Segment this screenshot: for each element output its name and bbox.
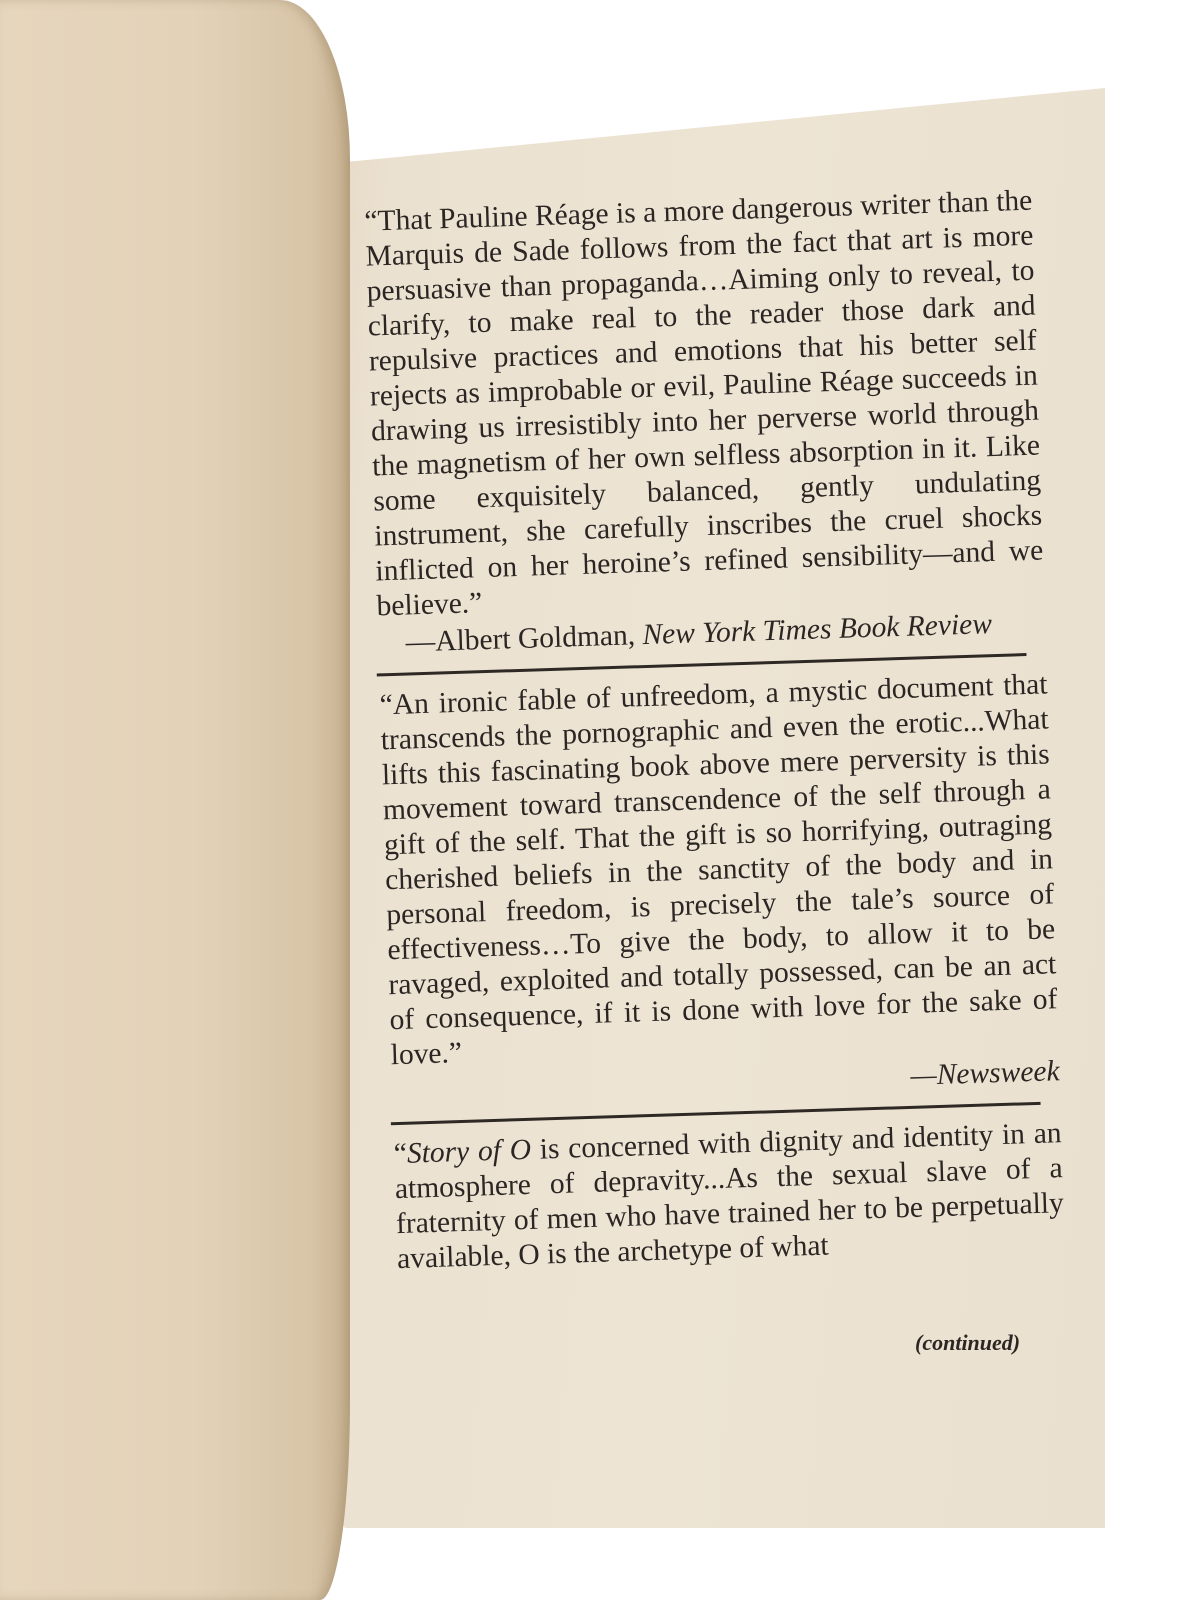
left-page (0, 0, 350, 1600)
quote-newsweek: “An ironic fable of unfreedom, a mystic … (367, 667, 1069, 1073)
book-title: Story of O (406, 1134, 531, 1170)
quote-text: “An ironic fable of unfreedom, a mystic … (379, 667, 1059, 1073)
attribution-source: —Newsweek (910, 1055, 1060, 1092)
continued-label: (continued) (915, 1330, 1020, 1356)
review-quotes: “That Pauline Réage is a more dangerous … (352, 183, 1075, 1277)
quote-text: “That Pauline Réage is a more dangerous … (364, 184, 1045, 625)
quote-story-of-o: “Story of O is concerned with dignity an… (381, 1116, 1075, 1278)
quote-text: “Story of O is concerned with dignity an… (393, 1116, 1065, 1277)
open-quote-mark: “ (393, 1138, 407, 1170)
attribution-source: New York Times Book Review (642, 608, 992, 651)
attribution-author: —Albert Goldman, (405, 619, 643, 658)
quote-goldman: “That Pauline Réage is a more dangerous … (352, 183, 1055, 624)
